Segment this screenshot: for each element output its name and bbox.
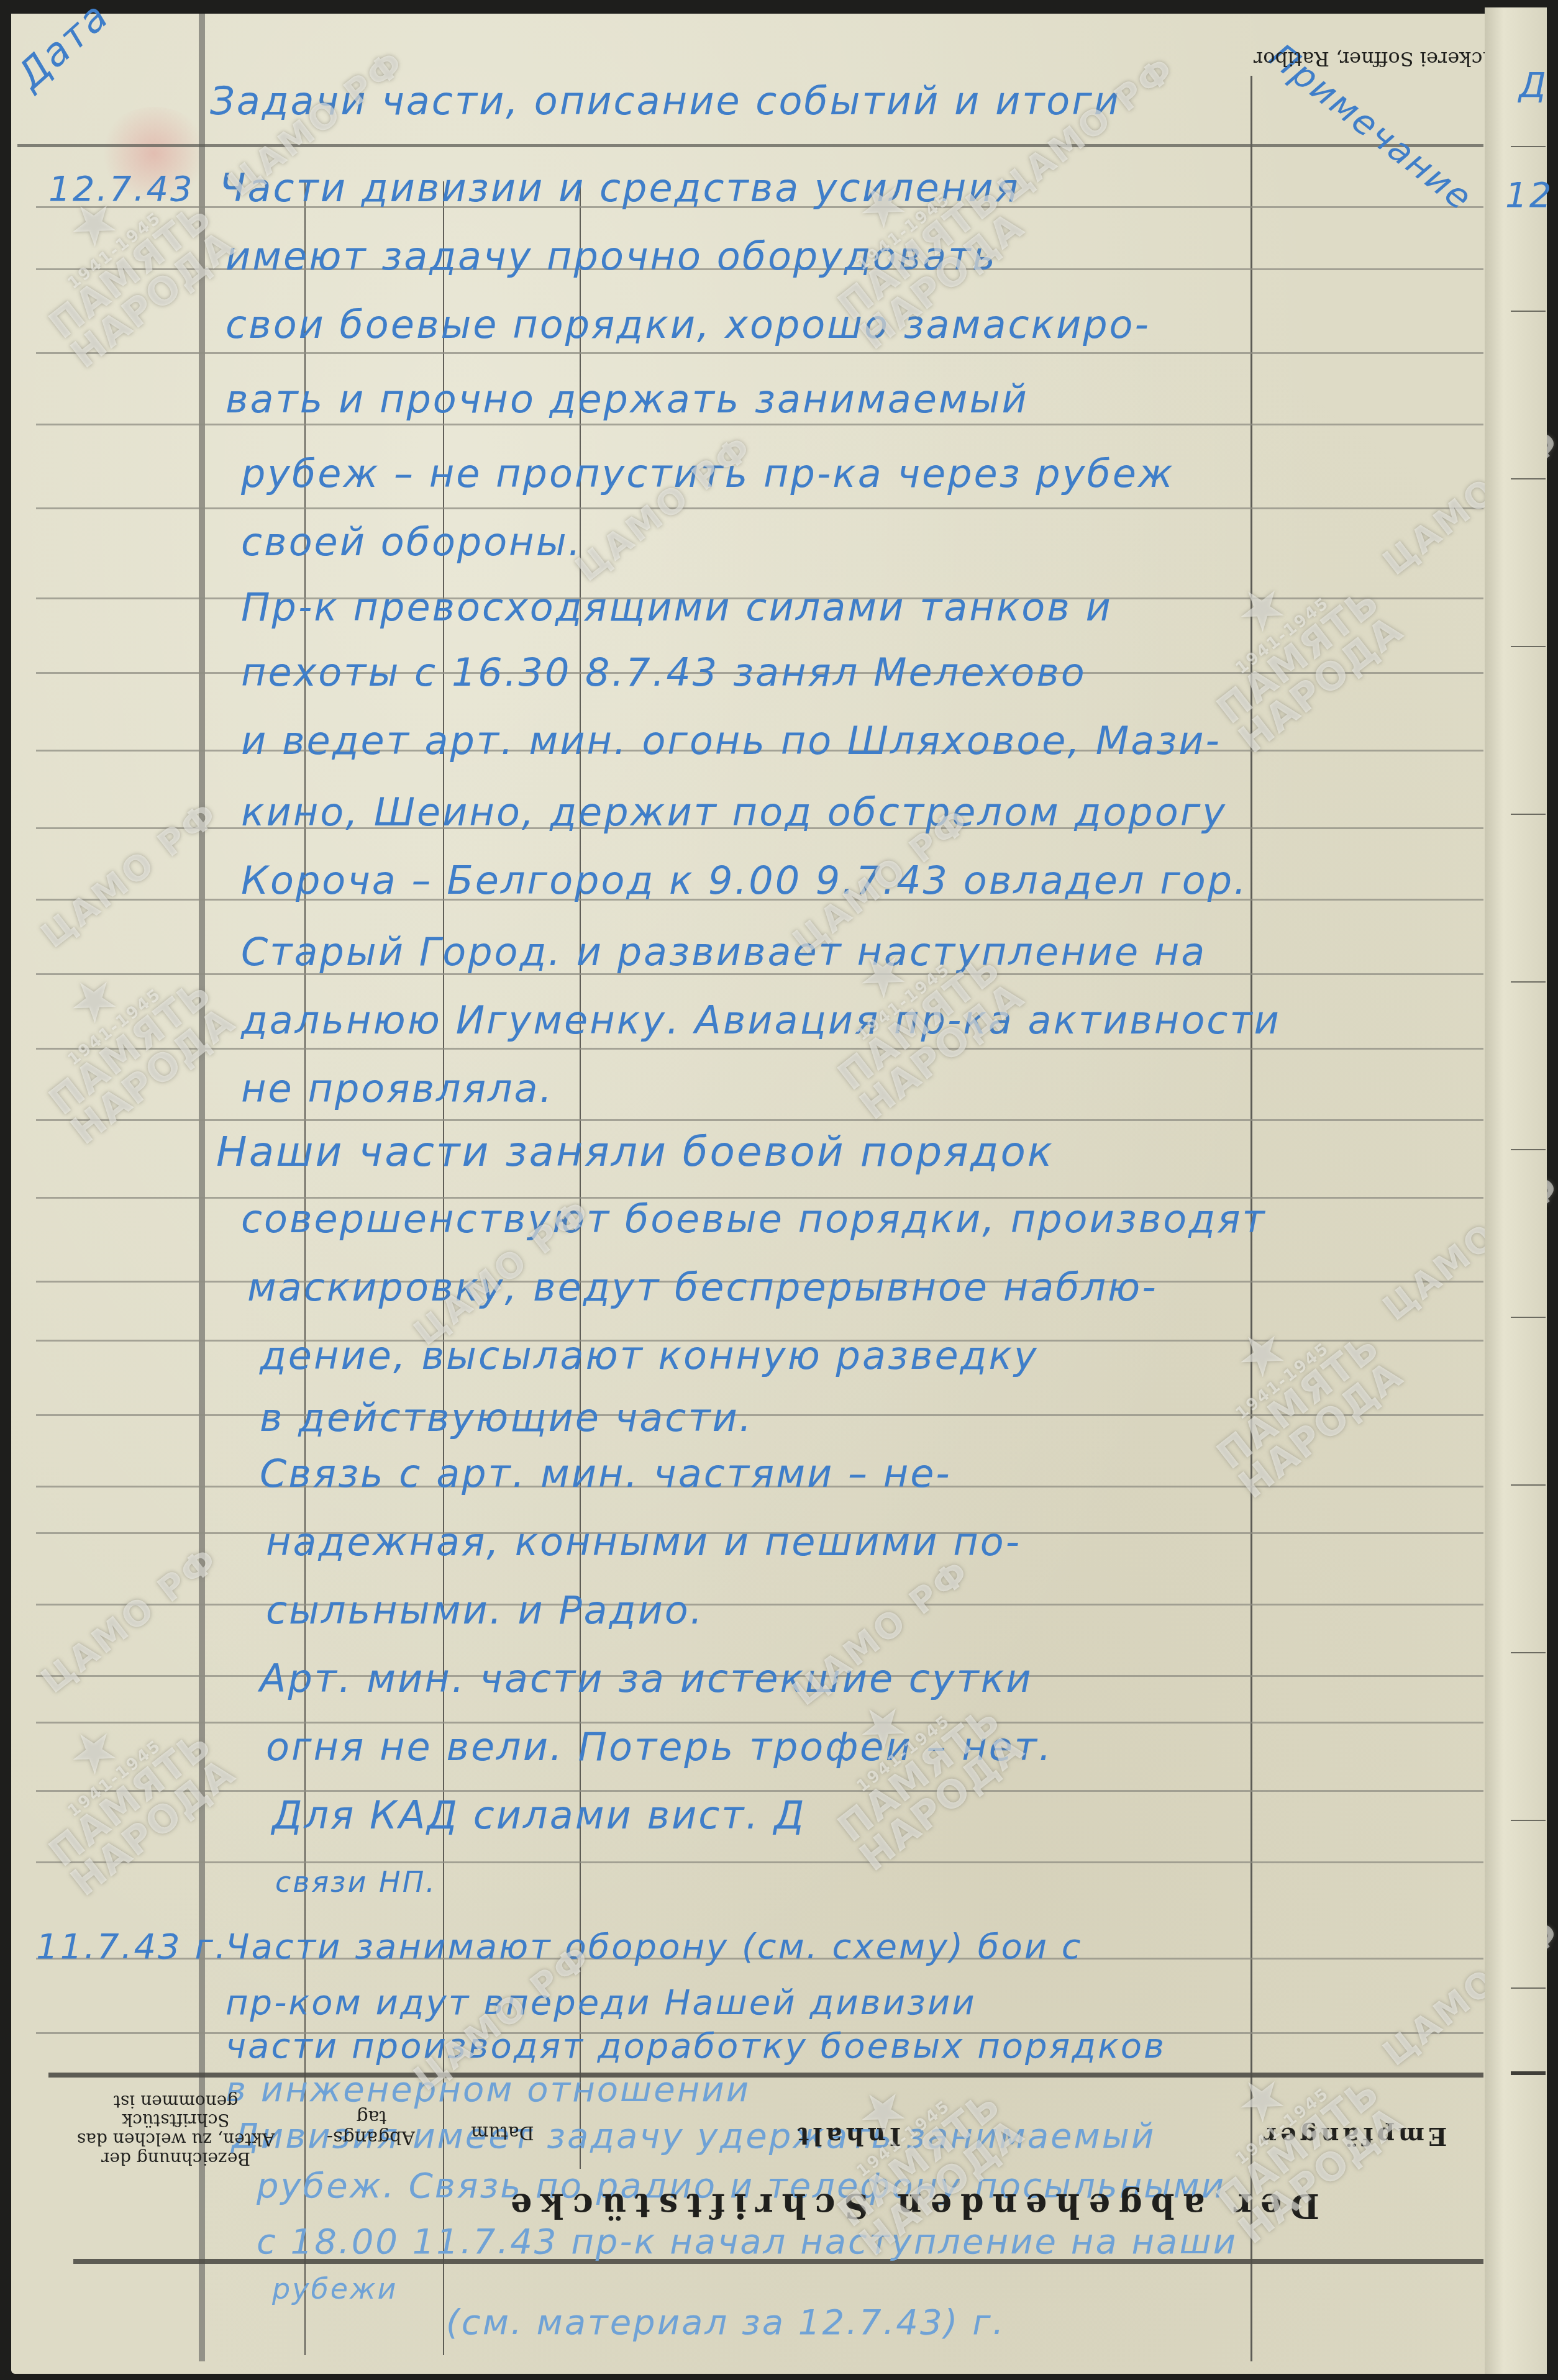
- ruled-line: [36, 1119, 1483, 1121]
- adjacent-page-rule: [1511, 1652, 1546, 1653]
- entry-line: имеют задачу прочно оборудовать: [225, 237, 997, 276]
- entry-line: Наши части заняли боевой порядок: [216, 1132, 1054, 1173]
- entry-line: Короча – Белгород к 9.00 9.7.43 овладел …: [241, 861, 1248, 900]
- entry-line: в действующие части.: [260, 1399, 754, 1437]
- adjacent-page-edge: [1485, 7, 1547, 2374]
- entry-line: огня не вели. Потерь трофеи – нет.: [266, 1728, 1053, 1766]
- adjacent-page-header-fragment: Д: [1519, 68, 1548, 103]
- ruled-line: [36, 424, 1483, 425]
- entry-line: Старый Город. и развивает наступление на: [241, 933, 1206, 971]
- entry-line: рубежи: [272, 2274, 398, 2303]
- date-column-divider: [199, 14, 205, 2361]
- adjacent-page-rule: [1511, 1820, 1546, 1821]
- entry-line: части производят доработку боевых порядк…: [225, 2029, 1166, 2064]
- entry-line: Пр-к превосходящими силами танков и: [241, 588, 1113, 627]
- adjacent-page-rule: [1511, 1987, 1546, 1989]
- watermark-camo: ЦАМО РФ: [36, 796, 224, 953]
- ruled-line: [36, 1722, 1483, 1724]
- adjacent-page-rule: [1511, 814, 1546, 815]
- entry-line: надежная, конными и пешими по-: [266, 1523, 1021, 1561]
- entry-line: дальнюю Игуменку. Авиация пр-ка активнос…: [241, 1001, 1281, 1040]
- adjacent-page-rule: [1511, 1484, 1546, 1486]
- entry-line: в инженерном отношении: [225, 2073, 750, 2107]
- adjacent-page-rule: [1511, 146, 1546, 147]
- entry-line: Части дивизии и средства усиления: [219, 169, 1020, 207]
- ruled-line: [36, 1790, 1483, 1792]
- adjacent-page-rule: [1511, 2071, 1546, 2075]
- entry-line: Связь с арт. мин. частями – не-: [260, 1455, 952, 1493]
- entry-line: Для КАД силами вист. Д: [272, 1796, 806, 1835]
- entry-line: сыльными. и Радио.: [266, 1591, 704, 1630]
- adjacent-page-rule: [1511, 478, 1546, 479]
- adjacent-page-rule: [1511, 1317, 1546, 1318]
- entry-line: дение, высылают конную разведку: [260, 1337, 1039, 1375]
- entry-line: маскировку, ведут беспрерывное наблю-: [247, 1268, 1158, 1307]
- ruled-line: [36, 1048, 1483, 1050]
- entry-line: связи НП.: [275, 1868, 437, 1896]
- entry-line: совершенствуют боевые порядки, производя…: [241, 1200, 1267, 1238]
- ruled-line: [36, 1861, 1483, 1863]
- footer-title: Der abgehenden Schriftstücke: [502, 2187, 1319, 2224]
- header-rule: [17, 144, 1483, 147]
- header-date-label: Дата: [11, 0, 116, 96]
- entry-line: Части занимают оборону (см. схему) бои с: [225, 1930, 1083, 1964]
- ledger-page: Дата Задачи части, описание событий и ит…: [11, 14, 1485, 2374]
- watermark-pamyat-naroda: ★ 1941-1945 ПАМЯТЬ НАРОДА: [1, 1671, 241, 1902]
- watermark-pamyat-naroda: ★ 1941-1945 ПАМЯТЬ НАРОДА: [1, 919, 241, 1150]
- entry-line: свои боевые порядки, хорошо замаскиро-: [225, 306, 1150, 344]
- footer-label-datum: Datum: [471, 2122, 534, 2143]
- adjacent-page-rule: [1511, 981, 1546, 983]
- entry-line: вать и прочно держать занимаемый: [225, 380, 1029, 419]
- footer-label-empfaenger: Empfänger: [1260, 2122, 1447, 2150]
- entry-date: 12.7.43: [48, 172, 194, 207]
- entry-line: пр-ком идут впереди Нашей дивизии: [225, 1986, 977, 2020]
- entry-line: своей обороны.: [241, 523, 582, 561]
- next-page-margin-mark: 12: [1505, 178, 1553, 213]
- ruled-line: [36, 352, 1483, 354]
- adjacent-page-rule: [1511, 646, 1546, 647]
- header-main-label: Задачи части, описание событий и итоги: [210, 82, 1121, 120]
- entry-line: и ведет арт. мин. огонь по Шляховое, Маз…: [241, 722, 1221, 760]
- footer-label-inhalt: Inhalt: [794, 2122, 901, 2150]
- entry-line: кино, Шеино, держит под обстрелом дорогу: [241, 793, 1227, 832]
- ruled-line: [36, 507, 1483, 509]
- entry-line: рубеж – не пропустить пр-ка через рубеж: [241, 455, 1175, 493]
- entry-line: пехоты с 16.30 8.7.43 занял Мелехово: [241, 653, 1086, 692]
- printer-imprint: Druckerei Soffner, Ratibor: [1254, 48, 1521, 70]
- ruled-line: [36, 1414, 1483, 1416]
- watermark-camo: ЦАМО РФ: [993, 51, 1181, 208]
- entry-line: не проявляла.: [241, 1070, 553, 1108]
- adjacent-page-rule: [1511, 311, 1546, 312]
- watermark-pamyat-naroda: ★ 1941-1945 ПАМЯТЬ НАРОДА: [1168, 1273, 1409, 1504]
- footer-label-bezeichnung: Bezeichnung der Akten, zu welchen das Sc…: [73, 2091, 278, 2168]
- ruled-line: [36, 1604, 1483, 1606]
- entry-date: 11.7.43 г.: [36, 1930, 228, 1964]
- entry-line: (см. материал за 12.7.43) г.: [446, 2305, 1005, 2340]
- adjacent-page-rule: [1511, 1149, 1546, 1150]
- entry-line: с 18.00 11.7.43 пр-к начал наступление н…: [257, 2225, 1237, 2260]
- footer-label-abgangstag: Abgangs- tag: [328, 2107, 415, 2148]
- entry-line: Арт. мин. части за истекшие сутки: [260, 1660, 1032, 1698]
